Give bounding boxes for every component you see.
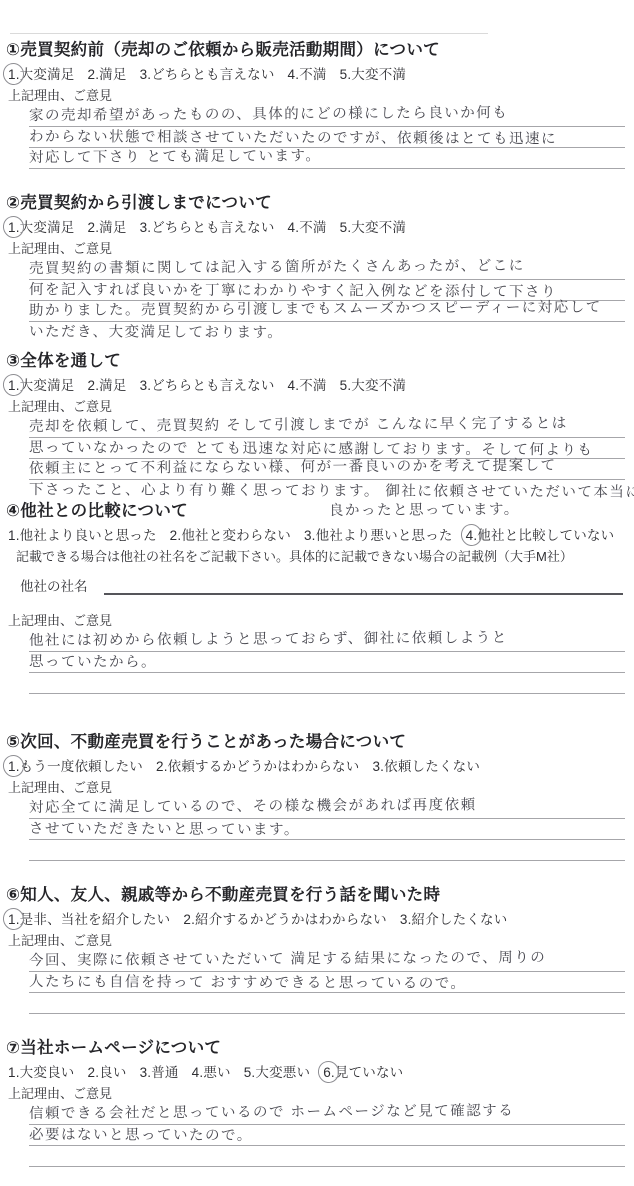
handwritten-text: 売却を依頼して、売買契約 そして引渡しまでが こんなに早く完了するとは [29, 414, 568, 437]
selected-option-circle: 1. [8, 66, 20, 83]
option-label: 大変満足 [20, 378, 75, 393]
section-heading: ③全体を通して [6, 351, 629, 372]
handwritten-text: 良かったと思っています。 [329, 500, 520, 521]
option-label: 他社より悪いと思った [316, 528, 453, 543]
answer-line: 他社には初めから依頼しようと思っておらず、御社に依頼しようと [29, 631, 625, 652]
option-number: 1. [8, 1064, 20, 1081]
option-number: 3. [304, 527, 316, 544]
option-label: 普通 [151, 1065, 178, 1080]
answer-line: 人たちにも自信を持って おすすめできると思っているので。 [29, 972, 625, 993]
answer-line: 依頼主にとって不利益にならない様、何が一番良いのかを考えて提案して [29, 459, 625, 480]
handwritten-text: 対応全てに満足しているので、その様な機会があれば再度依頼 [29, 795, 477, 818]
handwritten-text: 思っていたから。 [29, 652, 157, 673]
option-number: 2. [156, 758, 168, 775]
selected-option-circle: 4. [466, 527, 478, 544]
answer-area: 信頼できる会社だと思っているので ホームページなど見て確認する必要はないと思って… [29, 1104, 625, 1167]
reason-label: 上記理由、ご意見 [8, 780, 629, 796]
handwritten-text: 売買契約の書類に関しては記入する箇所がたくさんあったが、どこに [29, 256, 525, 279]
handwritten-text: いただき、大変満足しております。 [29, 322, 283, 343]
answer-line: 信頼できる会社だと思っているので ホームページなど見て確認する [29, 1104, 625, 1125]
section-3: ③全体を通して1.大変満足2.満足3.どちらとも言えない4.不満5.大変不満上記… [6, 351, 629, 521]
answer-line [29, 840, 625, 861]
answer-area: 対応全てに満足しているので、その様な機会があれば再度依頼させていただきたいと思っ… [29, 798, 625, 861]
option-label: どちらとも言えない [151, 67, 274, 82]
option: 1.大変満足 [8, 220, 74, 235]
option-label: 満足 [99, 378, 126, 393]
option-number: 4. [288, 66, 300, 83]
selected-option-circle: 1. [8, 911, 20, 928]
options-row: 1.是非、当社を紹介したい2.紹介するかどうかはわからない3.紹介したくない [8, 911, 629, 928]
option: 5.大変不満 [340, 378, 406, 393]
option-number: 5. [340, 377, 352, 394]
reason-label: 上記理由、ご意見 [8, 1086, 629, 1102]
handwritten-text: 人たちにも自信を持って おすすめできると思っているので。 [29, 972, 466, 994]
option-number: 2. [87, 377, 99, 394]
reason-label: 上記理由、ご意見 [8, 241, 629, 257]
section-heading: ①売買契約前（売却のご依頼から販売活動期間）について [6, 40, 629, 61]
option-label: 不満 [299, 378, 326, 393]
option: 1.大変良い [8, 1065, 74, 1080]
answer-line: させていただきたいと思っています。 [29, 819, 625, 840]
option: 4.不満 [288, 220, 327, 235]
answer-line: わからない状態で相談させていただいたのですが、依頼後はとても迅速に [29, 127, 625, 148]
option-label: 満足 [99, 220, 126, 235]
handwritten-text: 助かりました。売買契約から引渡しまでもスムーズかつスピーディーに対応して [29, 298, 602, 321]
option: 2.良い [87, 1065, 126, 1080]
form-body: ①売買契約前（売却のご依頼から販売活動期間）について1.大変満足2.満足3.どち… [6, 40, 629, 1167]
answer-line: 良かったと思っています。 [29, 501, 625, 521]
option-label: 大変悪い [255, 1065, 310, 1080]
option: 3.どちらとも言えない [140, 378, 275, 393]
option-label: 良い [99, 1065, 126, 1080]
handwritten-text: 依頼主にとって不利益にならない様、何が一番良いのかを考えて提案して [29, 456, 557, 479]
option: 2.依頼するかどうかはわからない [156, 759, 359, 774]
section-heading: ⑦当社ホームページについて [6, 1038, 629, 1059]
option-label: 紹介するかどうかはわからない [195, 912, 387, 927]
option: 3.普通 [140, 1065, 179, 1080]
handwritten-text: 家の売却希望があったものの、具体的にどの様にしたら良いか何も [29, 103, 508, 126]
option-number: 3. [140, 377, 152, 394]
section-4: ④他社との比較について1.他社より良いと思った2.他社と変わらない3.他社より悪… [6, 501, 629, 694]
answer-area: 売買契約の書類に関しては記入する箇所がたくさんあったが、どこに何を記入すれば良い… [29, 259, 625, 343]
section-1: ①売買契約前（売却のご依頼から販売活動期間）について1.大変満足2.満足3.どち… [6, 40, 629, 169]
option-number: 2. [87, 66, 99, 83]
handwritten-text: 今回、実際に依頼させていただいて 満足する結果になったので、周りの [29, 948, 546, 971]
option: 3.依頼したくない [372, 759, 480, 774]
section-heading: ⑤次回、不動産売買を行うことがあった場合について [6, 732, 629, 753]
section-heading: ②売買契約から引渡しまでについて [6, 193, 629, 214]
option-label: 満足 [99, 67, 126, 82]
option-label: 見ていない [335, 1065, 404, 1080]
option-label: 大変不満 [351, 67, 406, 82]
option-number: 2. [170, 527, 182, 544]
option-label: 大変満足 [20, 220, 75, 235]
option: 5.大変不満 [340, 67, 406, 82]
option: 1.大変満足 [8, 67, 74, 82]
section-7: ⑦当社ホームページについて1.大変良い2.良い3.普通4.悪い5.大変悪い6.見… [6, 1038, 629, 1167]
answer-area: 今回、実際に依頼させていただいて 満足する結果になったので、周りの人たちにも自信… [29, 951, 625, 1014]
answer-line: 対応全てに満足しているので、その様な機会があれば再度依頼 [29, 798, 625, 819]
option-label: どちらとも言えない [151, 378, 274, 393]
option-number: 5. [244, 1064, 256, 1081]
option: 2.他社と変わらない [170, 528, 291, 543]
option-label: 紹介したくない [412, 912, 508, 927]
option-label: どちらとも言えない [151, 220, 274, 235]
option-number: 2. [87, 219, 99, 236]
answer-line: 家の売却希望があったものの、具体的にどの様にしたら良いか何も [29, 106, 625, 127]
section-5: ⑤次回、不動産売買を行うことがあった場合について1.もう一度依頼したい2.依頼す… [6, 732, 629, 861]
option-number: 4. [288, 219, 300, 236]
section-heading: ⑥知人、友人、親戚等から不動産売買を行う話を聞いた時 [6, 885, 629, 906]
option-label: 是非、当社を紹介したい [20, 912, 171, 927]
option-number: 3. [140, 66, 152, 83]
option-number: 3. [140, 1064, 152, 1081]
option-label: 他社より良いと思った [20, 528, 157, 543]
handwritten-text: 必要はないと思っていたので。 [29, 1125, 253, 1146]
option-number: 3. [400, 911, 412, 928]
selected-option-circle: 1. [8, 219, 20, 236]
answer-area: 家の売却希望があったものの、具体的にどの様にしたら良いか何もわからない状態で相談… [29, 106, 625, 169]
option-label: 大変不満 [351, 220, 406, 235]
option: 3.他社より悪いと思った [304, 528, 453, 543]
reason-label: 上記理由、ご意見 [8, 933, 629, 949]
answer-line: 必要はないと思っていたので。 [29, 1125, 625, 1146]
selected-option-circle: 1. [8, 377, 20, 394]
handwritten-text: 対応して下さり とても満足しています。 [29, 146, 321, 168]
option: 4.不満 [288, 67, 327, 82]
option-label: 大変良い [20, 1065, 75, 1080]
answer-area: 売却を依頼して、売買契約 そして引渡しまでが こんなに早く完了するとは思っていな… [29, 417, 625, 521]
option-number: 2. [87, 1064, 99, 1081]
option: 1.是非、当社を紹介したい [8, 912, 170, 927]
answer-line: 思っていたから。 [29, 652, 625, 673]
survey-scan-page: ①売買契約前（売却のご依頼から販売活動期間）について1.大変満足2.満足3.どち… [0, 0, 634, 1186]
option: 5.大変不満 [340, 220, 406, 235]
option-number: 5. [340, 219, 352, 236]
answer-line: 今回、実際に依頼させていただいて 満足する結果になったので、周りの [29, 951, 625, 972]
answer-line: 売却を依頼して、売買契約 そして引渡しまでが こんなに早く完了するとは [29, 417, 625, 438]
option: 4.悪い [192, 1065, 231, 1080]
handwritten-text: 下さったこと、心より有り難く思っております。 御社に依頼させていただいて本当に [29, 480, 634, 503]
option: 4.不満 [288, 378, 327, 393]
option: 3.紹介したくない [400, 912, 508, 927]
reason-label: 上記理由、ご意見 [8, 88, 629, 104]
option-label: もう一度依頼したい [20, 759, 143, 774]
selected-option-circle: 6. [323, 1064, 335, 1081]
option-label: 他社と比較していない [477, 528, 614, 543]
option-number: 3. [140, 219, 152, 236]
section-6: ⑥知人、友人、親戚等から不動産売買を行う話を聞いた時1.是非、当社を紹介したい2… [6, 885, 629, 1014]
option-label: 悪い [203, 1065, 230, 1080]
option: 1.他社より良いと思った [8, 528, 157, 543]
option: 3.どちらとも言えない [140, 220, 275, 235]
option-label: 大変満足 [20, 67, 75, 82]
option-number: 1. [8, 527, 20, 544]
option-label: 不満 [299, 220, 326, 235]
company-name-row: 他社の社名 [20, 575, 623, 595]
company-note: 記載できる場合は他社の社名をご記載下さい。具体的に記載できない場合の記載例（大手… [16, 549, 629, 565]
selected-option-circle: 1. [8, 758, 20, 775]
option-number: 3. [372, 758, 384, 775]
option-number: 4. [192, 1064, 204, 1081]
options-row: 1.もう一度依頼したい2.依頼するかどうかはわからない3.依頼したくない [8, 758, 629, 775]
company-name-label: 他社の社名 [20, 575, 88, 595]
option: 2.満足 [87, 378, 126, 393]
option: 2.紹介するかどうかはわからない [183, 912, 386, 927]
options-row: 1.大変満足2.満足3.どちらとも言えない4.不満5.大変不満 [8, 219, 629, 236]
option: 5.大変悪い [244, 1065, 310, 1080]
reason-label: 上記理由、ご意見 [8, 613, 629, 629]
handwritten-text: 信頼できる会社だと思っているので ホームページなど見て確認する [29, 1101, 514, 1124]
answer-line [29, 993, 625, 1014]
options-row: 1.大変良い2.良い3.普通4.悪い5.大変悪い6.見ていない [8, 1064, 629, 1081]
section-2: ②売買契約から引渡しまでについて1.大変満足2.満足3.どちらとも言えない4.不… [6, 193, 629, 343]
option: 6.見ていない [323, 1065, 403, 1080]
answer-line: 対応して下さり とても満足しています。 [29, 148, 625, 169]
handwritten-text: 他社には初めから依頼しようと思っておらず、御社に依頼しようと [29, 628, 508, 651]
option-label: 依頼したくない [384, 759, 480, 774]
option-label: 不満 [299, 67, 326, 82]
options-row: 1.大変満足2.満足3.どちらとも言えない4.不満5.大変不満 [8, 377, 629, 394]
company-name-field [104, 576, 624, 595]
option-number: 2. [183, 911, 195, 928]
answer-line: 下さったこと、心より有り難く思っております。 御社に依頼させていただいて本当に [29, 480, 625, 501]
option-label: 他社と変わらない [181, 528, 291, 543]
answer-line: 売買契約の書類に関しては記入する箇所がたくさんあったが、どこに [29, 259, 625, 280]
option-label: 大変不満 [351, 378, 406, 393]
option-label: 依頼するかどうかはわからない [168, 759, 360, 774]
option: 3.どちらとも言えない [140, 67, 275, 82]
answer-line: いただき、大変満足しております。 [29, 322, 625, 343]
options-row: 1.他社より良いと思った2.他社と変わらない3.他社より悪いと思った4.他社と比… [8, 527, 629, 544]
option: 4.他社と比較していない [466, 528, 615, 543]
option-number: 5. [340, 66, 352, 83]
answer-line [29, 1146, 625, 1167]
option-number: 4. [288, 377, 300, 394]
answer-line [29, 673, 625, 694]
options-row: 1.大変満足2.満足3.どちらとも言えない4.不満5.大変不満 [8, 66, 629, 83]
option: 2.満足 [87, 67, 126, 82]
option: 1.大変満足 [8, 378, 74, 393]
option: 2.満足 [87, 220, 126, 235]
answer-area: 他社には初めから依頼しようと思っておらず、御社に依頼しようと思っていたから。 [29, 631, 625, 694]
option: 1.もう一度依頼したい [8, 759, 143, 774]
reason-label: 上記理由、ご意見 [8, 399, 629, 415]
answer-line: 助かりました。売買契約から引渡しまでもスムーズかつスピーディーに対応して [29, 301, 625, 322]
handwritten-text: させていただきたいと思っています。 [29, 819, 300, 840]
